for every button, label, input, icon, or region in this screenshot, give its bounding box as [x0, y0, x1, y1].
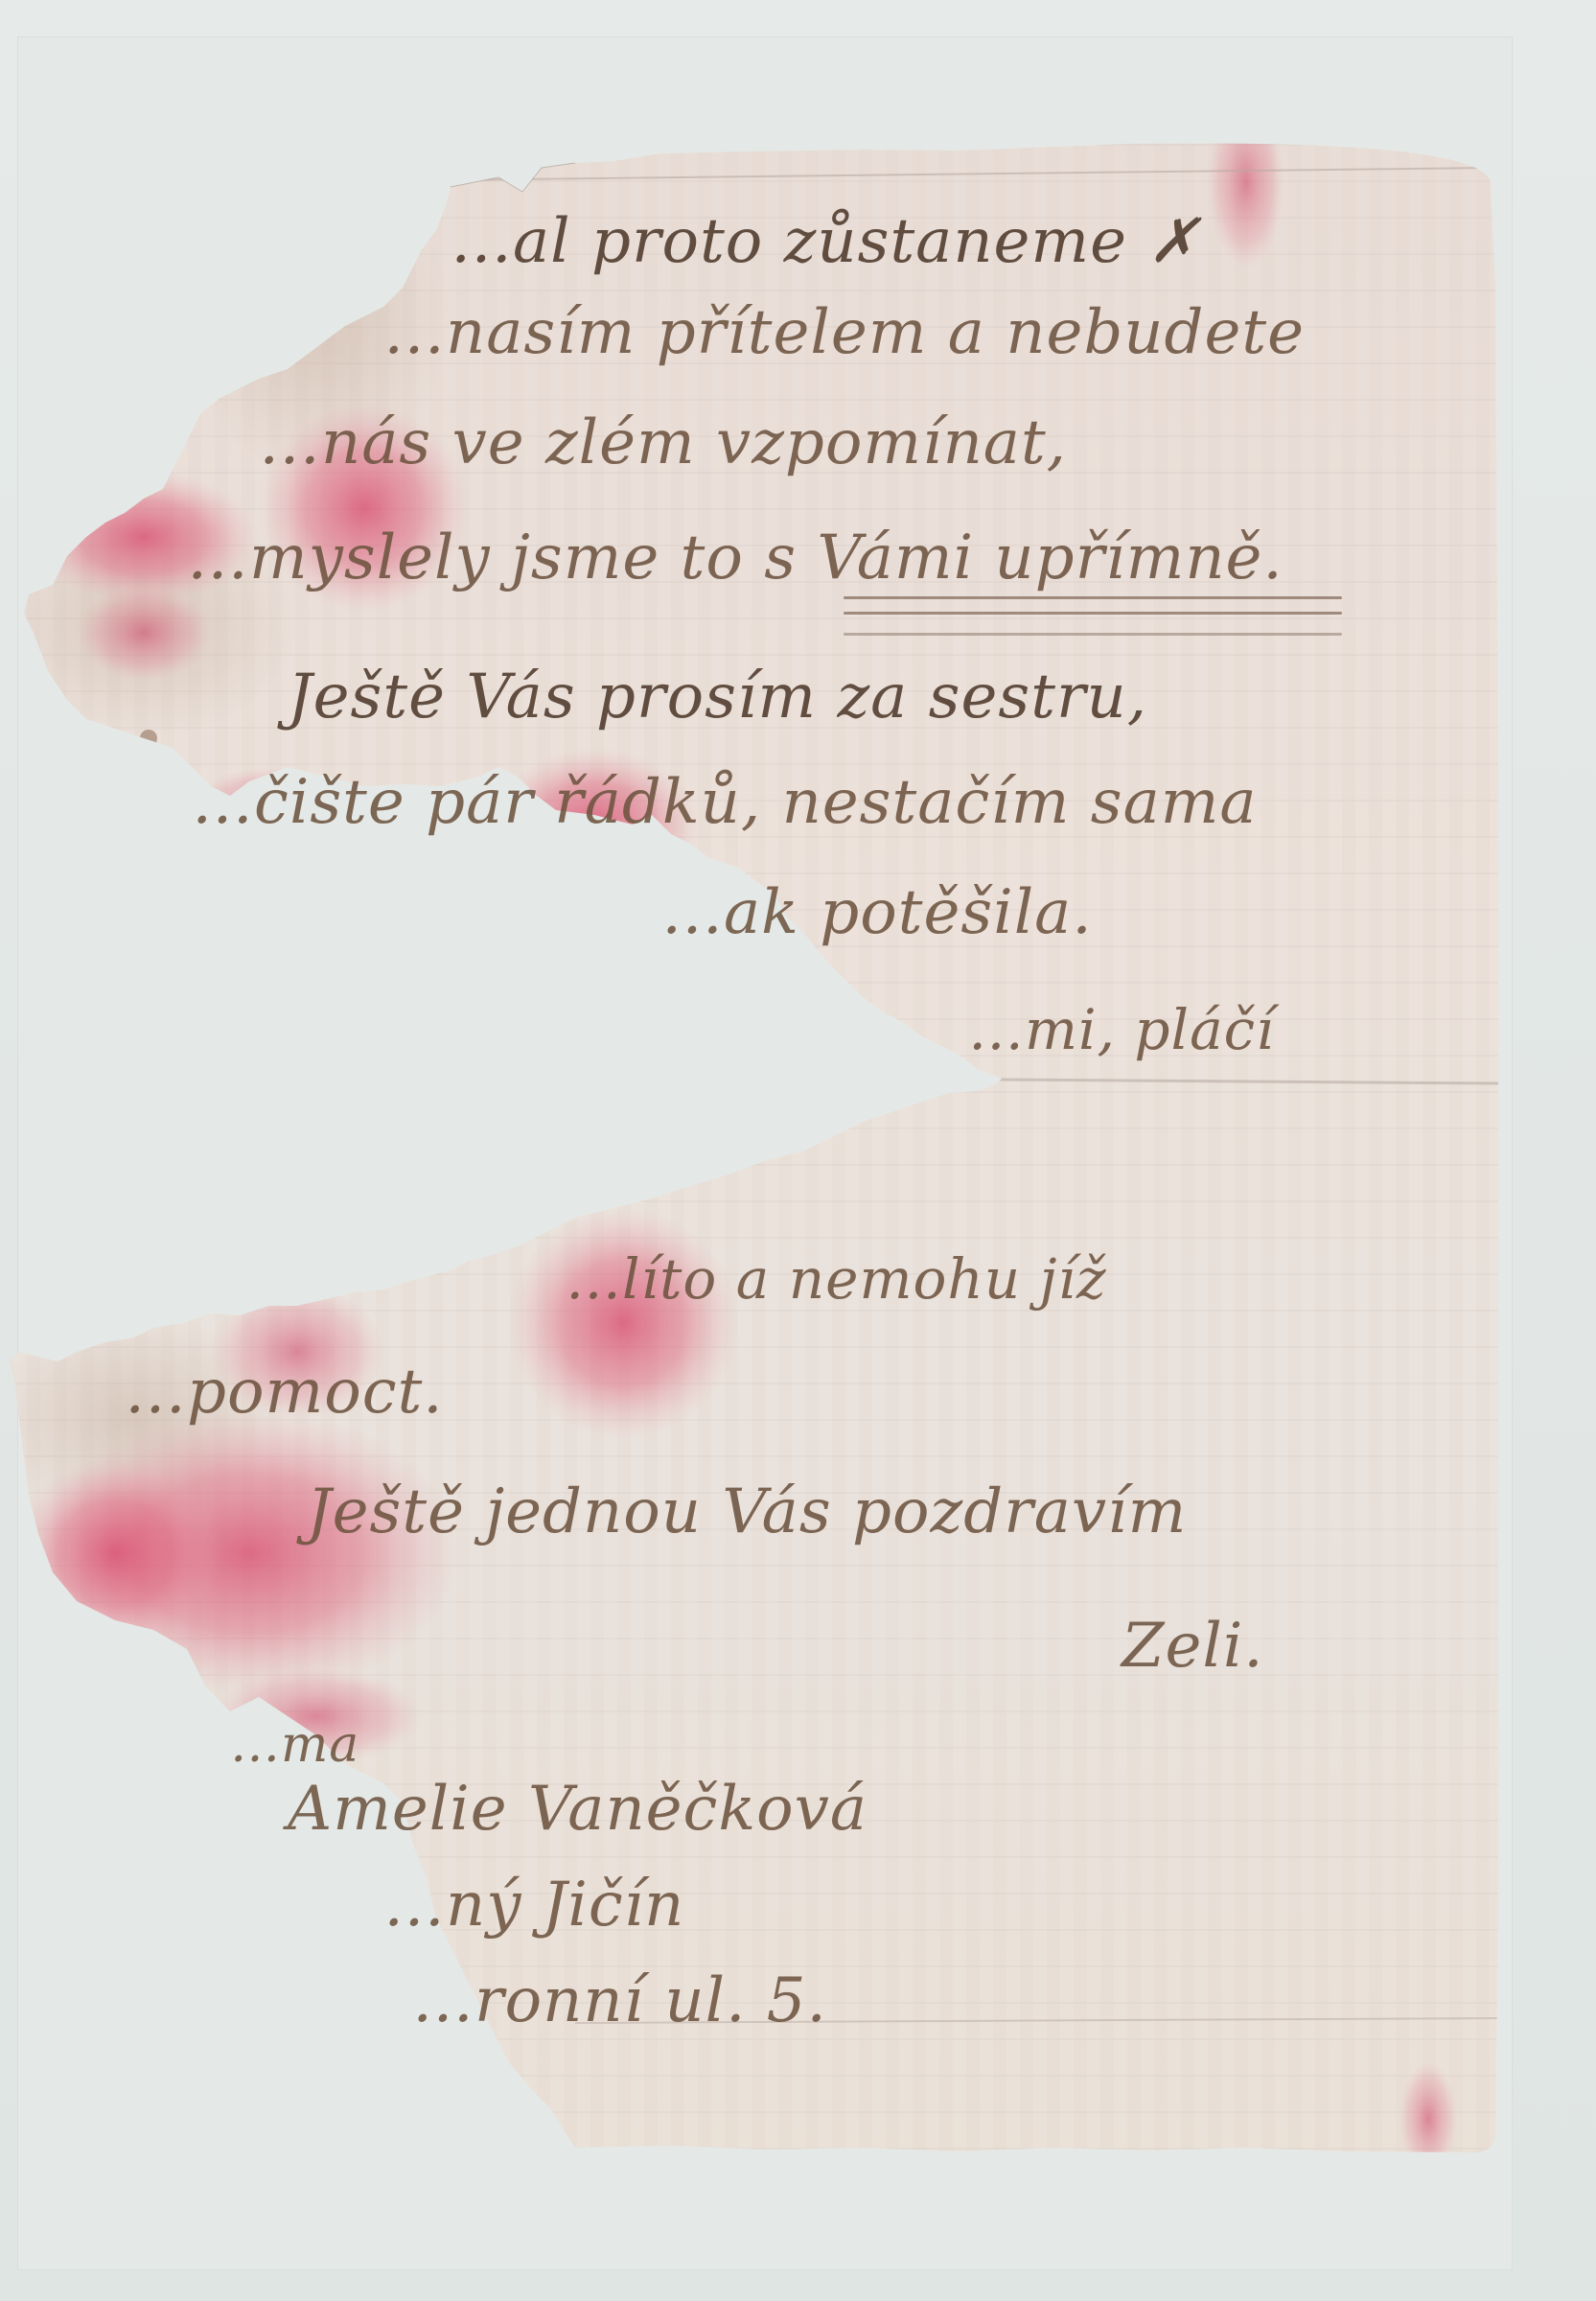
address-line: …ný Jičín — [383, 1870, 684, 1941]
handwriting-line: …al proto zůstaneme ✗ — [451, 206, 1200, 277]
handwriting-line: Ještě Vás prosím za sestru, — [288, 662, 1147, 732]
handwriting-line: Ještě jednou Vás pozdravím — [307, 1476, 1187, 1547]
underline — [844, 596, 1342, 599]
underline — [844, 612, 1342, 615]
handwriting-line: …nasím přítelem a nebudete — [383, 297, 1305, 368]
handwriting-line: …ak potěšila. — [661, 877, 1093, 948]
handwriting-line: …pomoct. — [125, 1357, 444, 1428]
handwriting-line: …nás ve zlém vzpomínat, — [259, 407, 1067, 478]
signature: Zeli. — [1122, 1611, 1264, 1682]
underline — [844, 633, 1342, 636]
address-line: Amelie Vaněčková — [288, 1774, 867, 1845]
handwriting-line: …líto a nemohu jíž — [566, 1246, 1107, 1312]
handwriting-line: …mi, pláčí — [968, 997, 1275, 1062]
address-line: …ma — [230, 1716, 359, 1774]
address-line: …ronní ul. 5. — [412, 1965, 827, 2036]
handwriting-line: …čište pár řádků, nestačím sama — [192, 767, 1258, 838]
handwriting-line: …myslely jsme to s Vámi upřímně. — [187, 523, 1284, 593]
